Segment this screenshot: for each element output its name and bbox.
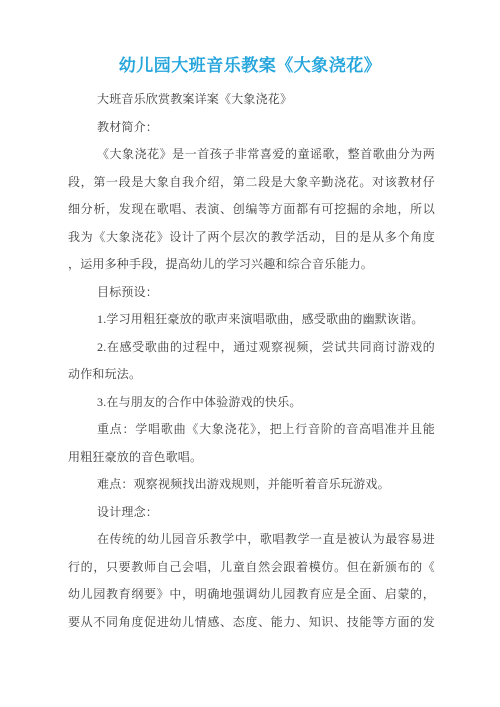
document-body: 大班音乐欣赏教案详案《大象浇花》教材简介：《大象浇花》是一首孩子非常喜爱的童谣歌… (68, 86, 435, 636)
text-line: 动作和玩法。 (68, 361, 435, 389)
document-page: 幼儿园大班音乐教案《大象浇花》 大班音乐欣赏教案详案《大象浇花》教材简介：《大象… (0, 0, 500, 707)
text-line: 段，第一段是大象自我介绍，第二段是大象辛勤浇花。对该教材仔 (68, 169, 435, 197)
text-line: 《大象浇花》是一首孩子非常喜爱的童谣歌，整首歌曲分为两 (68, 141, 435, 169)
text-line: 3.在与朋友的合作中体验游戏的快乐。 (68, 389, 435, 417)
text-line: 大班音乐欣赏教案详案《大象浇花》 (68, 86, 435, 114)
text-line: 我为《大象浇花》设计了两个层次的教学活动，目的是从多个角度 (68, 224, 435, 252)
text-line: 要从不同角度促进幼儿情感、态度、能力、知识、技能等方面的发 (68, 609, 435, 637)
text-line: 教材简介： (68, 114, 435, 142)
text-line: 细分析，发现在歌唱、表演、创编等方面都有可挖掘的余地，所以 (68, 196, 435, 224)
text-line: 行的，只要教师自己会唱，儿童自然会跟着模仿。但在新颁布的《 (68, 554, 435, 582)
text-line: 难点：观察视频找出游戏规则，并能听着音乐玩游戏。 (68, 471, 435, 499)
text-line: 2.在感受歌曲的过程中，通过观察视频，尝试共同商讨游戏的 (68, 334, 435, 362)
text-line: 1.学习用粗狂豪放的歌声来演唱歌曲，感受歌曲的幽默诙谐。 (68, 306, 435, 334)
text-line: 设计理念： (68, 499, 435, 527)
page-title: 幼儿园大班音乐教案《大象浇花》 (0, 55, 500, 77)
text-line: 在传统的幼儿园音乐教学中，歌唱教学一直是被认为最容易进 (68, 526, 435, 554)
text-line: 目标预设： (68, 279, 435, 307)
text-line: 幼儿园教育纲要》中，明确地强调幼儿园教育应是全面、启蒙的， (68, 581, 435, 609)
text-line: ，运用多种手段，提高幼儿的学习兴趣和综合音乐能力。 (68, 251, 435, 279)
text-line: 重点：学唱歌曲《大象浇花》，把上行音阶的音高唱准并且能 (68, 416, 435, 444)
text-line: 用粗狂豪放的音色歌唱。 (68, 444, 435, 472)
